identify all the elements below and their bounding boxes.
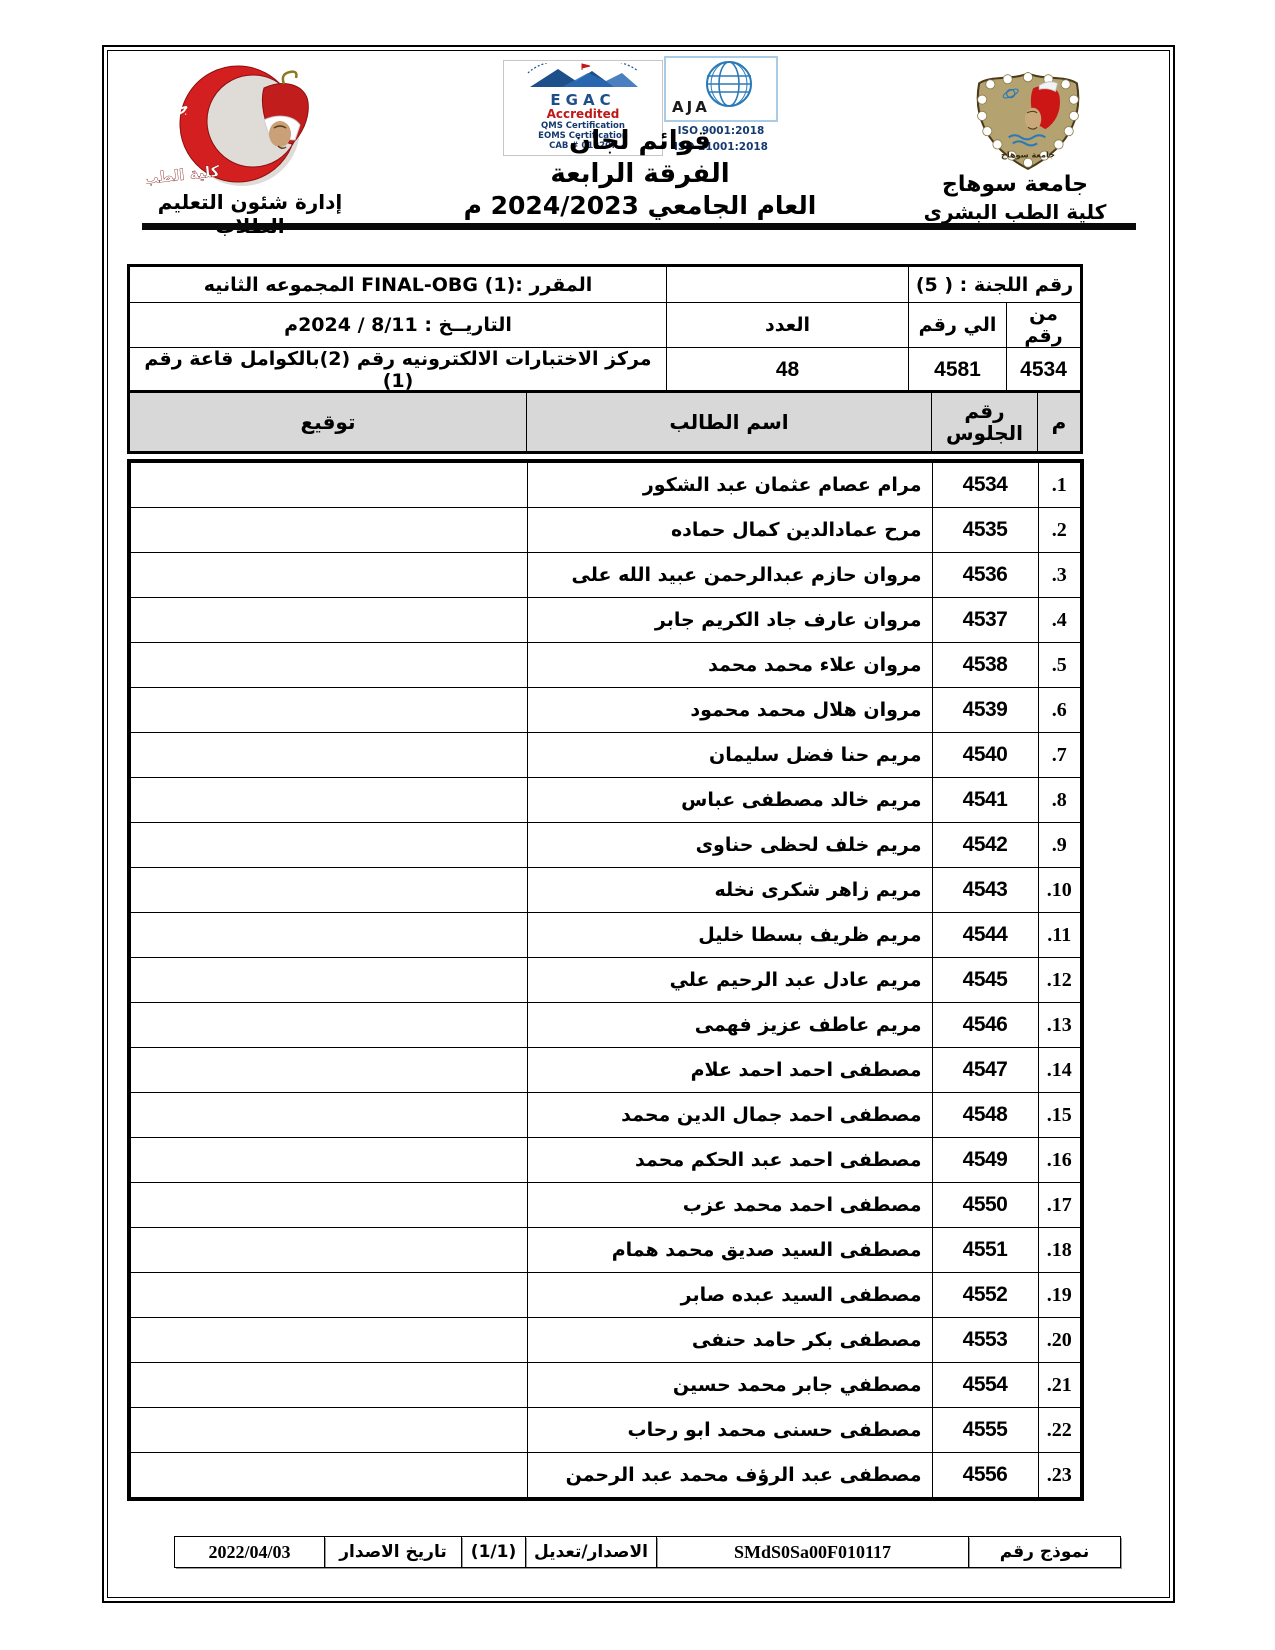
row-index: 7. [1038,733,1082,778]
count-label: العدد [667,303,909,348]
seat-number: 4534 [932,461,1038,508]
row-index: 8. [1038,778,1082,823]
row-index: 19. [1038,1273,1082,1318]
student-name: مصطفى احمد احمد علام [527,1048,932,1093]
issue-value: (1/1) [462,1537,526,1568]
student-name: مصطفى احمد جمال الدين محمد [527,1093,932,1138]
signature-cell [129,1453,527,1500]
svg-text:جامعة سوهاج: جامعة سوهاج [1001,150,1055,161]
seat-number: 4556 [932,1453,1038,1500]
table-row: 17. 4550 مصطفى احمد محمد عزب [129,1183,1082,1228]
signature-cell [129,1183,527,1228]
seat-number: 4538 [932,643,1038,688]
seat-number: 4541 [932,778,1038,823]
signature-cell [129,778,527,823]
row-index: 3. [1038,553,1082,598]
seat-number: 4542 [932,823,1038,868]
seat-number: 4539 [932,688,1038,733]
student-name: مريم خالد مصطفى عباس [527,778,932,823]
row-index: 23. [1038,1453,1082,1500]
signature-cell [129,1228,527,1273]
student-name: مريم حنا فضل سليمان [527,733,932,778]
seat-number: 4549 [932,1138,1038,1183]
students-table: 1. 4534 مرام عصام عثمان عبد الشكور 2. 45… [127,459,1084,1501]
signature-cell [129,643,527,688]
signature-cell [129,1003,527,1048]
row-index: 18. [1038,1228,1082,1273]
signature-cell [129,461,527,508]
to-number-value: 4581 [909,348,1007,394]
seat-number: 4535 [932,508,1038,553]
student-name: مصطفي جابر محمد حسين [527,1363,932,1408]
row-index: 1. [1038,461,1082,508]
form-footer-table: نموذج رقم SMdS0Sa00F010117 الاصدار/تعديل… [174,1536,1121,1568]
table-row: 16. 4549 مصطفى احمد عبد الحكم محمد [129,1138,1082,1183]
sohag-medicine-crescent-logo: جامعة سوهاج كلية الطب [146,58,346,190]
seat-number: 4551 [932,1228,1038,1273]
table-row: 21. 4554 مصطفي جابر محمد حسين [129,1363,1082,1408]
student-name: مريم زاهر شكرى نخله [527,868,932,913]
faculty-name: كلية الطب البشرى [903,200,1127,224]
list-header-table: م رقم الجلوس اسم الطالب توقيع [127,390,1083,454]
row-index: 13. [1038,1003,1082,1048]
table-row: 7. 4540 مريم حنا فضل سليمان [129,733,1082,778]
info-empty-cell [667,266,909,303]
egac-mountains-icon [510,63,656,89]
row-index: 6. [1038,688,1082,733]
egac-name: EGAC [506,93,660,108]
table-row: 13. 4546 مريم عاطف عزيز فهمى [129,1003,1082,1048]
signature-cell [129,1048,527,1093]
document-page: { "header": { "university": "جامعة سوهاج… [0,0,1275,1650]
student-name: مصطفى السيد عبده صابر [527,1273,932,1318]
row-index: 2. [1038,508,1082,553]
signature-cell [129,1273,527,1318]
row-index: 10. [1038,868,1082,913]
table-row: 1. 4534 مرام عصام عثمان عبد الشكور [129,461,1082,508]
student-name: مصطفى عبد الرؤف محمد عبد الرحمن [527,1453,932,1500]
table-row: 20. 4553 مصطفى بكر حامد حنفى [129,1318,1082,1363]
count-value: 48 [667,348,909,394]
table-row: 8. 4541 مريم خالد مصطفى عباس [129,778,1082,823]
row-index: 14. [1038,1048,1082,1093]
table-row: 5. 4538 مروان علاء محمد محمد [129,643,1082,688]
col-header-seat-number: رقم الجلوس [932,392,1038,453]
seat-number: 4552 [932,1273,1038,1318]
committee-info-table: رقم اللجنة : ( 5) المقرر :(1) FINAL-OBG … [127,264,1083,395]
student-name: مصطفى احمد عبد الحكم محمد [527,1138,932,1183]
row-index: 16. [1038,1138,1082,1183]
seat-number: 4548 [932,1093,1038,1138]
issue-date-label: تاريخ الاصدار [325,1537,462,1568]
student-name: مصطفى حسنى محمد ابو رحاب [527,1408,932,1453]
signature-cell [129,733,527,778]
course-name: المقرر :(1) FINAL-OBG المجموعه الثانيه [129,266,667,303]
issue-label: الاصدار/تعديل [526,1537,657,1568]
seat-number: 4537 [932,598,1038,643]
header-divider-rule [142,223,1136,230]
signature-cell [129,1093,527,1138]
student-name: مريم عادل عبد الرحيم علي [527,958,932,1003]
row-index: 11. [1038,913,1082,958]
form-number-label: نموذج رقم [969,1537,1121,1568]
table-row: 10. 4543 مريم زاهر شكرى نخله [129,868,1082,913]
table-row: 11. 4544 مريم ظريف بسطا خليل [129,913,1082,958]
signature-cell [129,913,527,958]
committee-number: رقم اللجنة : ( 5) [909,266,1082,303]
seat-number: 4546 [932,1003,1038,1048]
department-name: إدارة شئون التعليم الطلاب [128,190,372,238]
signature-cell [129,1318,527,1363]
col-header-student-name: اسم الطالب [527,392,932,453]
table-row: 14. 4547 مصطفى احمد احمد علام [129,1048,1082,1093]
seat-number: 4553 [932,1318,1038,1363]
seat-number: 4550 [932,1183,1038,1228]
table-row: 12. 4545 مريم عادل عبد الرحيم علي [129,958,1082,1003]
aja-name: AJA [672,98,710,116]
student-name: مريم ظريف بسطا خليل [527,913,932,958]
student-name: مريم خلف لحظى حناوى [527,823,932,868]
aja-globe-box: AJA [664,56,778,122]
student-name: مصطفى السيد صديق محمد همام [527,1228,932,1273]
seat-number: 4540 [932,733,1038,778]
signature-cell [129,868,527,913]
student-name: مرام عصام عثمان عبد الشكور [527,461,932,508]
students-table-body: 1. 4534 مرام عصام عثمان عبد الشكور 2. 45… [129,461,1082,1499]
signature-cell [129,553,527,598]
university-name: جامعة سوهاج [903,172,1127,197]
signature-cell [129,688,527,733]
signature-cell [129,958,527,1003]
student-name: مروان حازم عبدالرحمن عبيد الله على [527,553,932,598]
doc-title-line3: العام الجامعي 2024/2023 م [455,191,825,220]
seat-number: 4555 [932,1408,1038,1453]
student-name: مصطفى بكر حامد حنفى [527,1318,932,1363]
table-row: 22. 4555 مصطفى حسنى محمد ابو رحاب [129,1408,1082,1453]
student-name: مريم عاطف عزيز فهمى [527,1003,932,1048]
form-number-code: SMdS0Sa00F010117 [657,1537,969,1568]
student-name: مرح عمادالدين كمال حماده [527,508,932,553]
signature-cell [129,598,527,643]
exam-date: التاريــخ : 8/11 / 2024م [129,303,667,348]
table-row: 6. 4539 مروان هلال محمد محمود [129,688,1082,733]
table-row: 9. 4542 مريم خلف لحظى حناوى [129,823,1082,868]
student-name: مصطفى احمد محمد عزب [527,1183,932,1228]
egac-accredited-label: Accredited [506,108,660,121]
col-header-signature: توقيع [129,392,527,453]
doc-title-line2: الفرقة الرابعة [455,159,825,189]
row-index: 15. [1038,1093,1082,1138]
table-row: 23. 4556 مصطفى عبد الرؤف محمد عبد الرحمن [129,1453,1082,1500]
table-row: 18. 4551 مصطفى السيد صديق محمد همام [129,1228,1082,1273]
signature-cell [129,823,527,868]
table-row: 19. 4552 مصطفى السيد عبده صابر [129,1273,1082,1318]
svg-text:كلية الطب: كلية الطب [146,162,221,188]
sohag-university-shield-logo: جامعة سوهاج [972,70,1084,172]
seat-number: 4554 [932,1363,1038,1408]
row-index: 22. [1038,1408,1082,1453]
seat-number: 4543 [932,868,1038,913]
row-index: 4. [1038,598,1082,643]
seat-number: 4547 [932,1048,1038,1093]
student-name: مروان عارف جاد الكريم جابر [527,598,932,643]
to-number-label: الي رقم [909,303,1007,348]
signature-cell [129,1363,527,1408]
seat-number: 4536 [932,553,1038,598]
student-name: مروان هلال محمد محمود [527,688,932,733]
row-index: 9. [1038,823,1082,868]
signature-cell [129,1138,527,1183]
table-row: 3. 4536 مروان حازم عبدالرحمن عبيد الله ع… [129,553,1082,598]
seat-number: 4544 [932,913,1038,958]
seat-number: 4545 [932,958,1038,1003]
row-index: 12. [1038,958,1082,1003]
table-row: 15. 4548 مصطفى احمد جمال الدين محمد [129,1093,1082,1138]
student-name: مروان علاء محمد محمد [527,643,932,688]
issue-date-value: 2022/04/03 [175,1537,325,1568]
signature-cell [129,1408,527,1453]
from-number-value: 4534 [1007,348,1082,394]
signature-cell [129,508,527,553]
doc-title-line1: قوائم لجان [455,126,825,156]
row-index: 20. [1038,1318,1082,1363]
row-index: 17. [1038,1183,1082,1228]
table-row: 4. 4537 مروان عارف جاد الكريم جابر [129,598,1082,643]
col-header-index: م [1038,392,1082,453]
table-row: 2. 4535 مرح عمادالدين كمال حماده [129,508,1082,553]
row-index: 5. [1038,643,1082,688]
row-index: 21. [1038,1363,1082,1408]
exam-center: مركز الاختبارات الالكترونيه رقم (2)بالكو… [129,348,667,394]
from-number-label: من رقم [1007,303,1082,348]
